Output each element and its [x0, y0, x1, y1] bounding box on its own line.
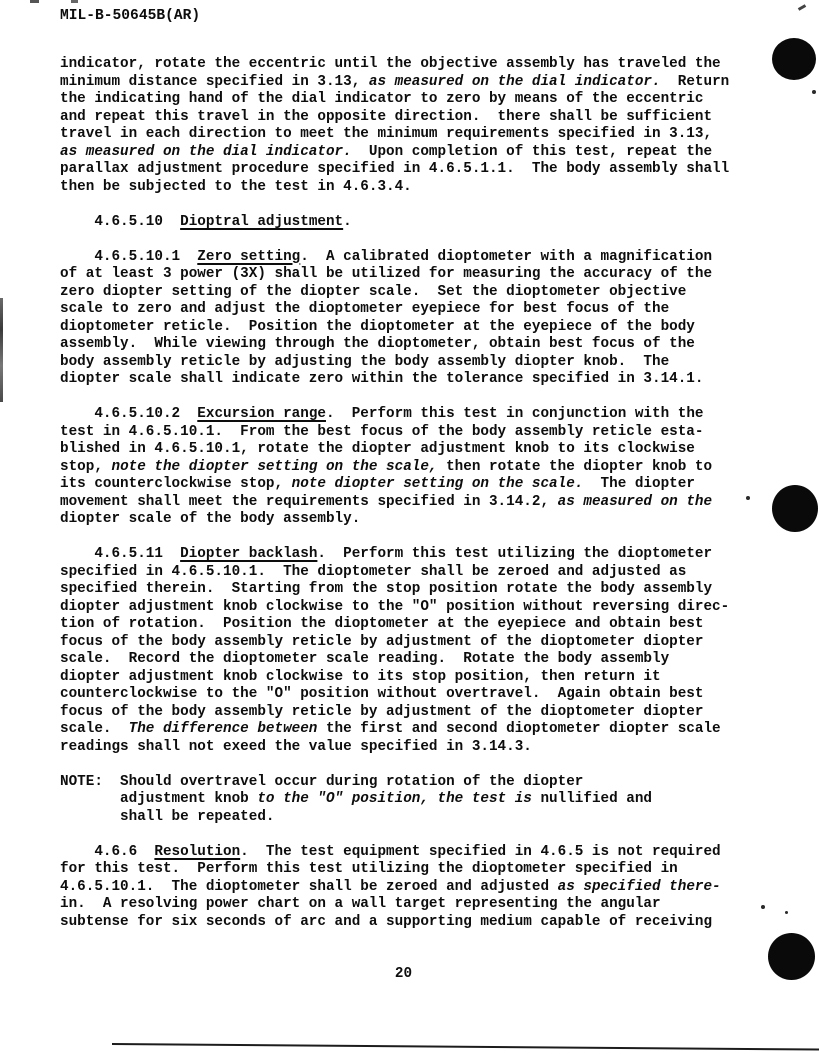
text-line: minimum distance specified in 3.13, as m…: [60, 74, 760, 92]
text-line: specified in 4.6.5.10.1. The dioptometer…: [60, 564, 760, 582]
page-number: 20: [60, 966, 747, 982]
text-line: focus of the body assembly reticle by ad…: [60, 634, 760, 652]
text-line: dioptometer reticle. Position the diopto…: [60, 319, 760, 337]
text-line: diopter scale shall indicate zero within…: [60, 371, 760, 389]
text-line: movement shall meet the requirements spe…: [60, 494, 760, 512]
scan-speck: [71, 0, 78, 3]
text-line: assembly. While viewing through the diop…: [60, 336, 760, 354]
hole-punch-mark-bottom: [768, 933, 815, 980]
text-line: travel in each direction to meet the min…: [60, 126, 760, 144]
text-line: in. A resolving power chart on a wall ta…: [60, 896, 760, 914]
text-line: as measured on the dial indicator. Upon …: [60, 144, 760, 162]
text-line: test in 4.6.5.10.1. From the best focus …: [60, 424, 760, 442]
hole-punch-mark-top: [772, 38, 816, 80]
text-line: parallax adjustment procedure specified …: [60, 161, 760, 179]
text-line: counterclockwise to the "O" position wit…: [60, 686, 760, 704]
scan-speck: [761, 905, 765, 909]
text-line: 4.6.6 Resolution. The test equipment spe…: [60, 844, 760, 862]
text-line: [60, 231, 760, 249]
text-line: zero diopter setting of the diopter scal…: [60, 284, 760, 302]
text-line: 4.6.5.10.1. The dioptometer shall be zer…: [60, 879, 760, 897]
text-line: [60, 196, 760, 214]
text-line: of at least 3 power (3X) shall be utiliz…: [60, 266, 760, 284]
text-line: diopter adjustment knob clockwise to its…: [60, 669, 760, 687]
scan-speck: [812, 90, 816, 94]
text-line: for this test. Perform this test utilizi…: [60, 861, 760, 879]
text-line: the indicating hand of the dial indicato…: [60, 91, 760, 109]
text-line: indicator, rotate the eccentric until th…: [60, 56, 760, 74]
text-line: then be subjected to the test in 4.6.3.4…: [60, 179, 760, 197]
text-line: specified therein. Starting from the sto…: [60, 581, 760, 599]
text-line: scale to zero and adjust the dioptometer…: [60, 301, 760, 319]
document-body: indicator, rotate the eccentric until th…: [60, 56, 760, 931]
text-line: diopter scale of the body assembly.: [60, 511, 760, 529]
scan-edge-artifact-left: [0, 298, 3, 402]
text-line: focus of the body assembly reticle by ad…: [60, 704, 760, 722]
text-line: 4.6.5.10.1 Zero setting. A calibrated di…: [60, 249, 760, 267]
text-line: 4.6.5.10.2 Excursion range. Perform this…: [60, 406, 760, 424]
text-line: 4.6.5.11 Diopter backlash. Perform this …: [60, 546, 760, 564]
text-line: stop, note the diopter setting on the sc…: [60, 459, 760, 477]
text-line: readings shall not exeed the value speci…: [60, 739, 760, 757]
text-line: tion of rotation. Position the dioptomet…: [60, 616, 760, 634]
hole-punch-mark-middle: [772, 485, 818, 532]
text-line: shall be repeated.: [60, 809, 760, 827]
text-line: its counterclockwise stop, note diopter …: [60, 476, 760, 494]
document-page: MIL-B-50645B(AR) indicator, rotate the e…: [0, 0, 819, 1054]
text-line: NOTE: Should overtravel occur during rot…: [60, 774, 760, 792]
document-id-header: MIL-B-50645B(AR): [60, 8, 200, 24]
scan-speck: [746, 496, 750, 500]
text-line: scale. Record the dioptometer scale read…: [60, 651, 760, 669]
scan-edge-artifact-bottom: [112, 1043, 819, 1051]
text-line: [60, 756, 760, 774]
text-line: subtense for six seconds of arc and a su…: [60, 914, 760, 932]
text-line: [60, 826, 760, 844]
text-line: [60, 389, 760, 407]
text-line: diopter adjustment knob clockwise to the…: [60, 599, 760, 617]
scan-speck: [785, 911, 788, 914]
text-line: body assembly reticle by adjusting the b…: [60, 354, 760, 372]
scan-speck: [798, 4, 806, 11]
text-line: adjustment knob to the "O" position, the…: [60, 791, 760, 809]
text-line: 4.6.5.10 Dioptral adjustment.: [60, 214, 760, 232]
text-line: scale. The difference between the first …: [60, 721, 760, 739]
text-line: [60, 529, 760, 547]
text-line: and repeat this travel in the opposite d…: [60, 109, 760, 127]
scan-speck: [30, 0, 39, 3]
text-line: blished in 4.6.5.10.1, rotate the diopte…: [60, 441, 760, 459]
